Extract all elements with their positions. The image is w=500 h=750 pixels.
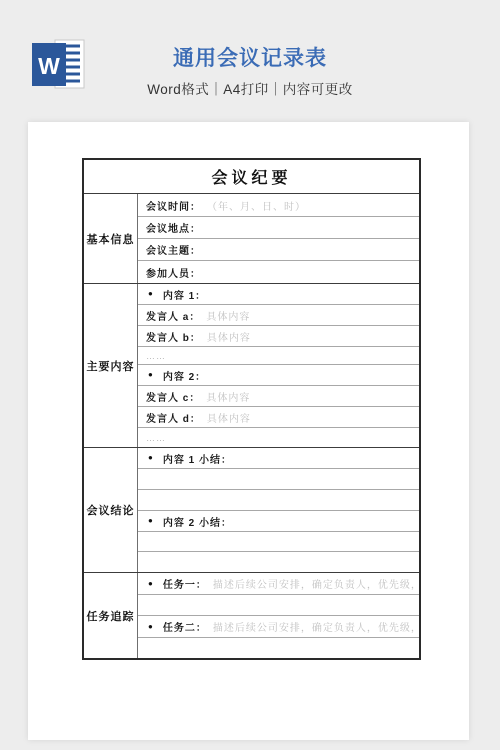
row-placeholder: 描述后续公司安排，确定负责人，优先级，完成时间 bbox=[213, 619, 419, 634]
row-label: 内容 1 小结： bbox=[163, 451, 232, 466]
table-row: 参加人员： bbox=[138, 261, 419, 283]
bullet-icon: ● bbox=[148, 580, 153, 588]
table-row: ● 内容 2： bbox=[138, 365, 419, 386]
table-row: 会议时间： （年、月、日、时） bbox=[138, 194, 419, 217]
table-row: 发言人 b： 具体内容 bbox=[138, 326, 419, 347]
section-main-content: 主要内容 ● 内容 1： 发言人 a： 具体内容 发言人 b： 具体内容 bbox=[84, 283, 419, 447]
row-placeholder: （年、月、日、时） bbox=[207, 198, 306, 213]
section-label: 基本信息 bbox=[84, 194, 138, 283]
row-label: 发言人 a： bbox=[146, 308, 200, 323]
page-title: 通用会议记录表 bbox=[0, 42, 500, 72]
table-row: 会议主题： bbox=[138, 239, 419, 261]
section-task-tracking: 任务追踪 ● 任务一： 描述后续公司安排，确定负责人，优先级，完成时间 ● 任务… bbox=[84, 572, 419, 658]
section-basic-info: 基本信息 会议时间： （年、月、日、时） 会议地点： 会议主题： 参加人员： bbox=[84, 194, 419, 283]
page-subtitle: Word格式｜A4打印｜内容可更改 bbox=[0, 78, 500, 98]
section-conclusions: 会议结论 ● 内容 1 小结： ● 内容 2 小结： bbox=[84, 447, 419, 572]
row-label: 任务一： bbox=[163, 576, 207, 591]
bullet-icon: ● bbox=[148, 371, 153, 379]
bullet-icon: ● bbox=[148, 290, 153, 298]
table-row: ● 内容 1 小结： bbox=[138, 448, 419, 469]
bullet-icon: ● bbox=[148, 623, 153, 631]
row-label: 会议时间： bbox=[146, 198, 201, 213]
table-row bbox=[138, 469, 419, 490]
table-row: 发言人 d： 具体内容 bbox=[138, 407, 419, 428]
section-label: 任务追踪 bbox=[84, 573, 138, 658]
header: W 通用会议记录表 Word格式｜A4打印｜内容可更改 bbox=[0, 0, 500, 122]
row-label: 任务二： bbox=[163, 619, 207, 634]
table-row bbox=[138, 490, 419, 511]
row-placeholder: 描述后续公司安排，确定负责人，优先级，完成时间 bbox=[213, 576, 419, 591]
table-row: …… bbox=[138, 428, 419, 447]
table-row: 发言人 a： 具体内容 bbox=[138, 305, 419, 326]
page: W 通用会议记录表 Word格式｜A4打印｜内容可更改 会议纪要 基本信息 会议… bbox=[0, 0, 500, 750]
table-title: 会议纪要 bbox=[84, 160, 419, 194]
section-label: 主要内容 bbox=[84, 284, 138, 447]
row-placeholder: 具体内容 bbox=[207, 329, 251, 344]
row-placeholder: 具体内容 bbox=[207, 410, 251, 425]
row-label: 参加人员： bbox=[146, 265, 201, 280]
row-placeholder: 具体内容 bbox=[206, 308, 250, 323]
row-label: 内容 2： bbox=[163, 368, 206, 383]
row-label: 会议主题： bbox=[146, 242, 201, 257]
table-row bbox=[138, 595, 419, 616]
table-row: ● 任务一： 描述后续公司安排，确定负责人，优先级，完成时间 bbox=[138, 573, 419, 595]
row-label: 内容 2 小结： bbox=[163, 514, 232, 529]
row-label: 会议地点： bbox=[146, 220, 201, 235]
table-row: 发言人 c： 具体内容 bbox=[138, 386, 419, 407]
meeting-table: 会议纪要 基本信息 会议时间： （年、月、日、时） 会议地点： 会议主题： bbox=[82, 158, 421, 660]
table-row: ● 任务二： 描述后续公司安排，确定负责人，优先级，完成时间 bbox=[138, 616, 419, 638]
table-row: ● 内容 1： bbox=[138, 284, 419, 305]
table-row bbox=[138, 532, 419, 552]
bullet-icon: ● bbox=[148, 454, 153, 462]
table-row bbox=[138, 552, 419, 572]
ellipsis-text: …… bbox=[146, 433, 166, 443]
row-label: 发言人 d： bbox=[146, 410, 201, 425]
section-label: 会议结论 bbox=[84, 448, 138, 572]
row-label: 发言人 c： bbox=[146, 389, 200, 404]
ellipsis-text: …… bbox=[146, 351, 166, 361]
bullet-icon: ● bbox=[148, 517, 153, 525]
row-placeholder: 具体内容 bbox=[206, 389, 250, 404]
table-row: 会议地点： bbox=[138, 217, 419, 239]
row-label: 发言人 b： bbox=[146, 329, 201, 344]
table-row: ● 内容 2 小结： bbox=[138, 511, 419, 532]
document-preview: 会议纪要 基本信息 会议时间： （年、月、日、时） 会议地点： 会议主题： bbox=[28, 122, 469, 740]
table-row: …… bbox=[138, 347, 419, 365]
row-label: 内容 1： bbox=[163, 287, 206, 302]
table-row bbox=[138, 638, 419, 658]
